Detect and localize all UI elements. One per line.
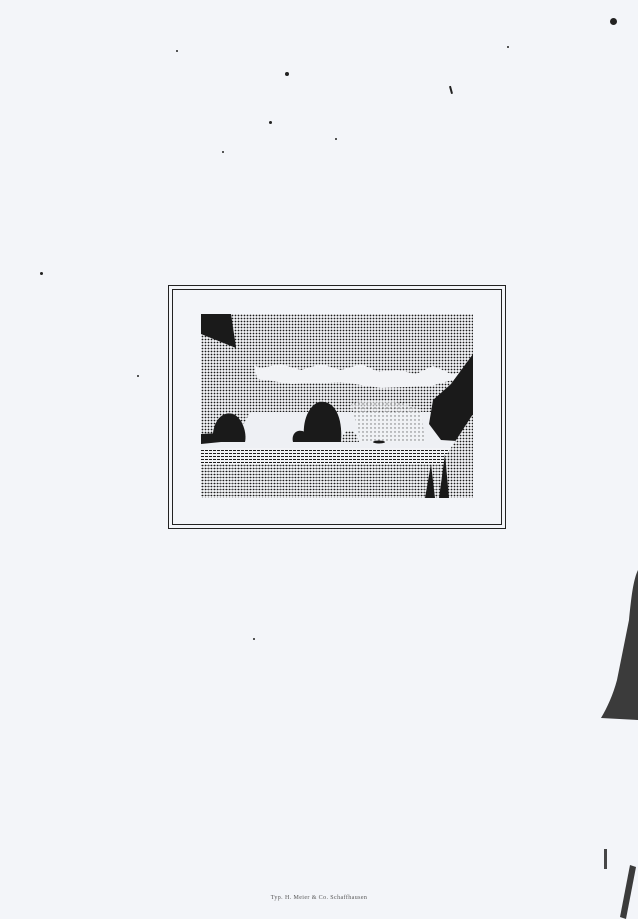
scan-speck <box>610 18 617 25</box>
scanned-page: Typ. H. Meier & Co. Schaffhausen <box>0 0 638 919</box>
scan-speck <box>507 46 509 48</box>
edge-bleed-smudge <box>600 845 638 919</box>
scan-mark <box>449 86 453 94</box>
plate-illustration <box>201 314 473 498</box>
scan-speck <box>222 151 224 153</box>
scan-speck <box>176 50 178 52</box>
scan-speck <box>253 638 255 640</box>
landscape-halftone-image <box>201 314 473 498</box>
scan-speck <box>285 72 289 76</box>
printer-imprint: Typ. H. Meier & Co. Schaffhausen <box>0 895 638 901</box>
scan-speck <box>269 121 272 124</box>
scan-speck <box>137 375 139 377</box>
scan-speck <box>40 272 43 275</box>
edge-bleed-smudge <box>595 560 638 720</box>
scan-speck <box>335 138 337 140</box>
